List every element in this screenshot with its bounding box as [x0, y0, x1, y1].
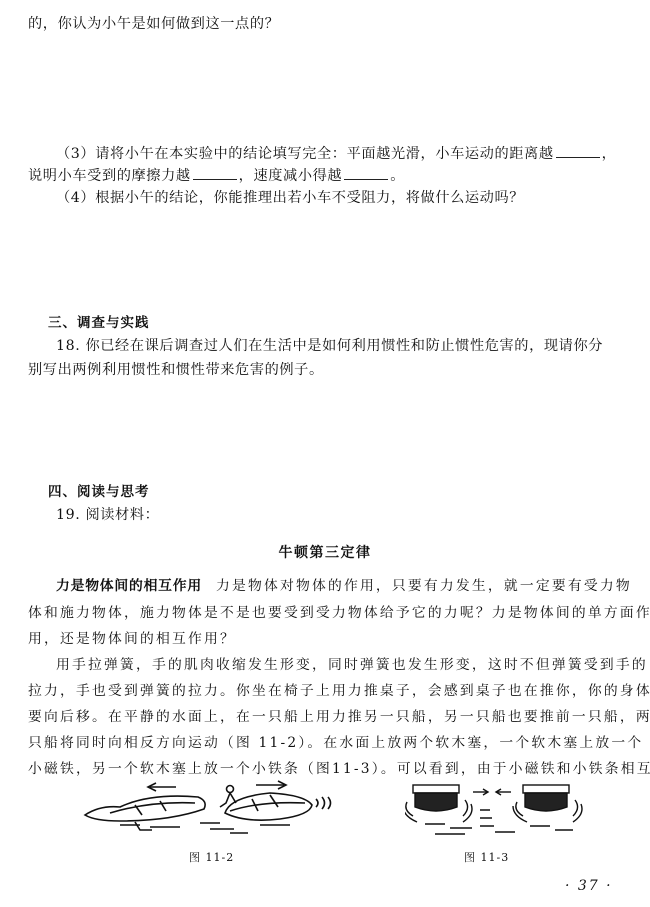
- reading-p2-line-2: 拉力，手也受到弹簧的拉力。你坐在椅子上用力推桌子，会感到桌子也在推你，你的身体: [28, 681, 632, 701]
- q3-text-c: 。: [390, 168, 405, 184]
- reading-p1-line-2: 体和施力物体，施力物体是不是也要受到受力物体给予它的力呢？力是物体间的单方面作: [28, 603, 632, 623]
- answer-blank-3[interactable]: [344, 165, 388, 180]
- answer-blank-2[interactable]: [193, 165, 237, 180]
- reading-p2-line-3: 要向后移。在平静的水面上，在一只船上用力推另一只船，另一只船也要推前一只船，两: [28, 707, 632, 727]
- section-3-heading: 三、调查与实践: [48, 313, 650, 333]
- question-4: （4）根据小午的结论，你能推理出若小车不受阻力，将做什么运动吗？: [56, 188, 632, 208]
- question-3-line-2: 说明小车受到的摩擦力越，速度减小得越。: [28, 165, 632, 186]
- q3-text-a: 说明小车受到的摩擦力越: [28, 168, 191, 184]
- two-boats-pushing-icon: [80, 775, 350, 840]
- reading-p1-line-3: 用，还是物体间的相互作用？: [28, 629, 632, 649]
- floating-corks-magnet-icon: [405, 780, 585, 845]
- question-18-line-1: 18. 你已经在课后调查过人们在生活中是如何利用惯性和防止惯性危害的，现请你分: [56, 336, 632, 356]
- question-continuation: 的，你认为小午是如何做到这一点的？: [28, 14, 632, 34]
- reading-p2-line-4: 只船将同时向相反方向运动（图 11-2）。在水面上放两个软木塞，一个软木塞上放一…: [28, 733, 632, 753]
- reading-p1-line-1: 力是物体间的相互作用力是物体对物体的作用，只要有力发生，就一定要有受力物: [56, 576, 632, 596]
- question-19: 19. 阅读材料：: [56, 505, 632, 525]
- figure-11-2: [80, 775, 350, 840]
- reading-p1-text: 力是物体对物体的作用，只要有力发生，就一定要有受力物: [216, 578, 632, 594]
- q3-comma: ，: [602, 146, 617, 162]
- page-number: · 37 ·: [565, 878, 613, 894]
- section-4-heading: 四、阅读与思考: [48, 482, 650, 502]
- reading-p1-lead: 力是物体间的相互作用: [56, 578, 202, 594]
- q3-text-b: ，速度减小得越: [239, 168, 343, 184]
- figure-11-2-caption: 图 11-2: [189, 849, 234, 865]
- question-3-line-1: （3）请将小午在本实验中的结论填写完全：平面越光滑，小车运动的距离越，: [56, 143, 632, 164]
- reading-p2-line-1: 用手拉弹簧，手的肌肉收缩发生形变，同时弹簧也发生形变，这时不但弹簧受到手的: [56, 655, 632, 675]
- q3-text: （3）请将小午在本实验中的结论填写完全：平面越光滑，小车运动的距离越: [56, 146, 554, 162]
- reading-title: 牛顿第三定律: [0, 542, 650, 562]
- figure-11-3-caption: 图 11-3: [464, 849, 509, 865]
- question-18-line-2: 别写出两例利用惯性和惯性带来危害的例子。: [28, 360, 632, 380]
- answer-blank-1[interactable]: [556, 143, 600, 158]
- figure-11-3: [405, 780, 585, 845]
